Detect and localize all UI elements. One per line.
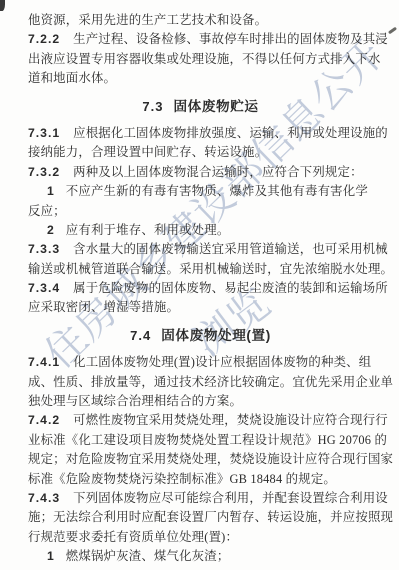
text-line: 行规范要求委托有资质单位处理(置)： <box>28 528 373 547</box>
line-text: 应采取密闭、增湿等措施。 <box>28 300 179 314</box>
clause-number: 1 <box>47 184 54 198</box>
line-text: 属于危险废物的固体废物、易起尘废渣的装卸和运输场所 <box>73 281 388 295</box>
list-item-line: 1燃煤锅炉灰渣、煤气化灰渣； <box>28 547 373 566</box>
text-line: 施；无法综合利用时应配套设置厂内暂存、转运设施，并应按照现 <box>28 508 373 527</box>
clause-number: 7.4.3 <box>28 491 60 505</box>
list-item-line: 2应有利于堆存、利用或处理。 <box>28 221 373 240</box>
clause-line: 7.4.1化工固体废物处理(置)设计应根据固体废物的种类、组 <box>28 353 373 372</box>
line-text: 固体废物处理(置) <box>161 328 271 343</box>
text-line: 标准《危险废物焚烧污染控制标准》GB 18484 的规定。 <box>28 470 373 489</box>
clause-line: 7.3.4属于危险废物的固体废物、易起尘废渣的装卸和运输场所 <box>28 279 373 298</box>
clause-line: 7.4.3下列固体废物应尽可能综合利用，并配套设置综合利用设 <box>28 489 373 508</box>
text-line: 成、性质、排放量等，通过技术经济比较确定。宜优先采用企业单 <box>28 373 373 392</box>
line-text: 可燃性废物宜采用焚烧处理，焚烧设施设计应符合现行行 <box>73 413 388 427</box>
line-text: 成、性质、排放量等，通过技术经济比较确定。宜优先采用企业单 <box>28 375 393 389</box>
line-text: 行规范要求委托有资质单位处理(置)： <box>28 530 238 544</box>
line-text: 生产过程、设备检修、事故停车时排出的固体废物及其浸 <box>73 32 388 46</box>
text-line: 输送或机械管道联合输送。采用机械输送时，宜先浓缩脱水处理。 <box>28 260 373 279</box>
line-text: 出液应设置专用容器收集或处理设施，不得以任何方式排入下水 <box>28 52 381 66</box>
line-text: 道和地面水体。 <box>28 71 116 85</box>
text-line: 接纳能力，合理设置中间贮存、转运设施。 <box>28 143 373 162</box>
clause-number: 7.3.3 <box>28 242 60 256</box>
line-text: 固体废物贮运 <box>173 99 258 114</box>
line-text: 独处理与区域综合治理相结合的方案。 <box>28 394 242 408</box>
line-text: 输送或机械管道联合输送。采用机械输送时，宜先浓缩脱水处理。 <box>28 262 393 276</box>
line-text: 不应产生新的有毒有害物质、爆炸及其他有毒有害化学 <box>66 184 368 198</box>
clause-line: 7.4.2可燃性废物宜采用焚烧处理，焚烧设施设计应符合现行行 <box>28 411 373 430</box>
clause-number: 7.3.1 <box>28 126 60 140</box>
section-number: 7.3 <box>142 99 163 114</box>
line-text: 他资源，采用先进的生产工艺技术和设备。 <box>28 13 267 27</box>
clause-number: 7.3.4 <box>28 281 60 295</box>
clause-line: 7.2.2生产过程、设备检修、事故停车时排出的固体废物及其浸 <box>28 30 373 49</box>
line-text: 接纳能力，合理设置中间贮存、转运设施。 <box>28 145 267 159</box>
clause-number: 1 <box>47 549 54 563</box>
line-text: 燃煤锅炉灰渣、煤气化灰渣； <box>66 549 230 563</box>
scan-artifact-corner <box>0 0 5 11</box>
text-line: 反应； <box>28 202 373 221</box>
line-text: 规定；对危险废物宜采用焚烧处理，焚烧设施设计应符合现行国家 <box>28 452 393 466</box>
line-text: 下列固体废物应尽可能综合利用，并配套设置综合利用设 <box>73 491 388 505</box>
line-text: 业标准《化工建设项目废物焚烧处置工程设计规范》HG 20706 的 <box>28 433 387 447</box>
line-text: 两种及以上固体废物混合运输时，应符合下列规定： <box>73 165 363 179</box>
clause-number: 7.3.2 <box>28 165 60 179</box>
clause-line: 7.3.1应根据化工固体废物排放强度、运输、利用或处理设施的 <box>28 124 373 143</box>
clause-line: 7.3.3含水量大的固体废物输送宜采用管道输送，也可采用机械 <box>28 240 373 259</box>
line-text: 应有利于堆存、利用或处理。 <box>66 223 230 237</box>
text-line: 道和地面水体。 <box>28 69 373 88</box>
clause-line: 7.3.2两种及以上固体废物混合运输时，应符合下列规定： <box>28 163 373 182</box>
section-number: 7.4 <box>130 328 151 343</box>
line-text: 应根据化工固体废物排放强度、运输、利用或处理设施的 <box>73 126 388 140</box>
line-text: 含水量大的固体废物输送宜采用管道输送，也可采用机械 <box>73 242 388 256</box>
text-line: 应采取密闭、增湿等措施。 <box>28 298 373 317</box>
text-line: 出液应设置专用容器收集或处理设施，不得以任何方式排入下水 <box>28 50 373 69</box>
list-item-line: 1不应产生新的有毒有害物质、爆炸及其他有毒有害化学 <box>28 182 373 201</box>
section-heading: 7.3固体废物贮运 <box>28 97 373 116</box>
text-line: 他资源，采用先进的生产工艺技术和设备。 <box>28 11 373 30</box>
document-page: 住房城乡建设部信息公开 浏览 他资源，采用先进的生产工艺技术和设备。7.2.2生… <box>0 0 399 570</box>
scan-artifact-edge <box>388 27 397 35</box>
line-text: 化工固体废物处理(置)设计应根据固体废物的种类、组 <box>73 355 371 369</box>
clause-number: 7.4.2 <box>28 413 60 427</box>
text-line: 独处理与区域综合治理相结合的方案。 <box>28 392 373 411</box>
section-heading: 7.4固体废物处理(置) <box>28 326 373 345</box>
line-text: 施；无法综合利用时应配套设置厂内暂存、转运设施，并应按照现 <box>28 510 393 524</box>
line-text: 反应； <box>28 204 66 218</box>
clause-number: 7.2.2 <box>28 32 60 46</box>
document-body: 他资源，采用先进的生产工艺技术和设备。7.2.2生产过程、设备检修、事故停车时排… <box>28 11 373 567</box>
clause-number: 7.4.1 <box>28 355 60 369</box>
text-line: 规定；对危险废物宜采用焚烧处理，焚烧设施设计应符合现行国家 <box>28 450 373 469</box>
line-text: 标准《危险废物焚烧污染控制标准》GB 18484 的规定。 <box>28 472 336 486</box>
text-line: 业标准《化工建设项目废物焚烧处置工程设计规范》HG 20706 的 <box>28 431 373 450</box>
clause-number: 2 <box>47 223 54 237</box>
